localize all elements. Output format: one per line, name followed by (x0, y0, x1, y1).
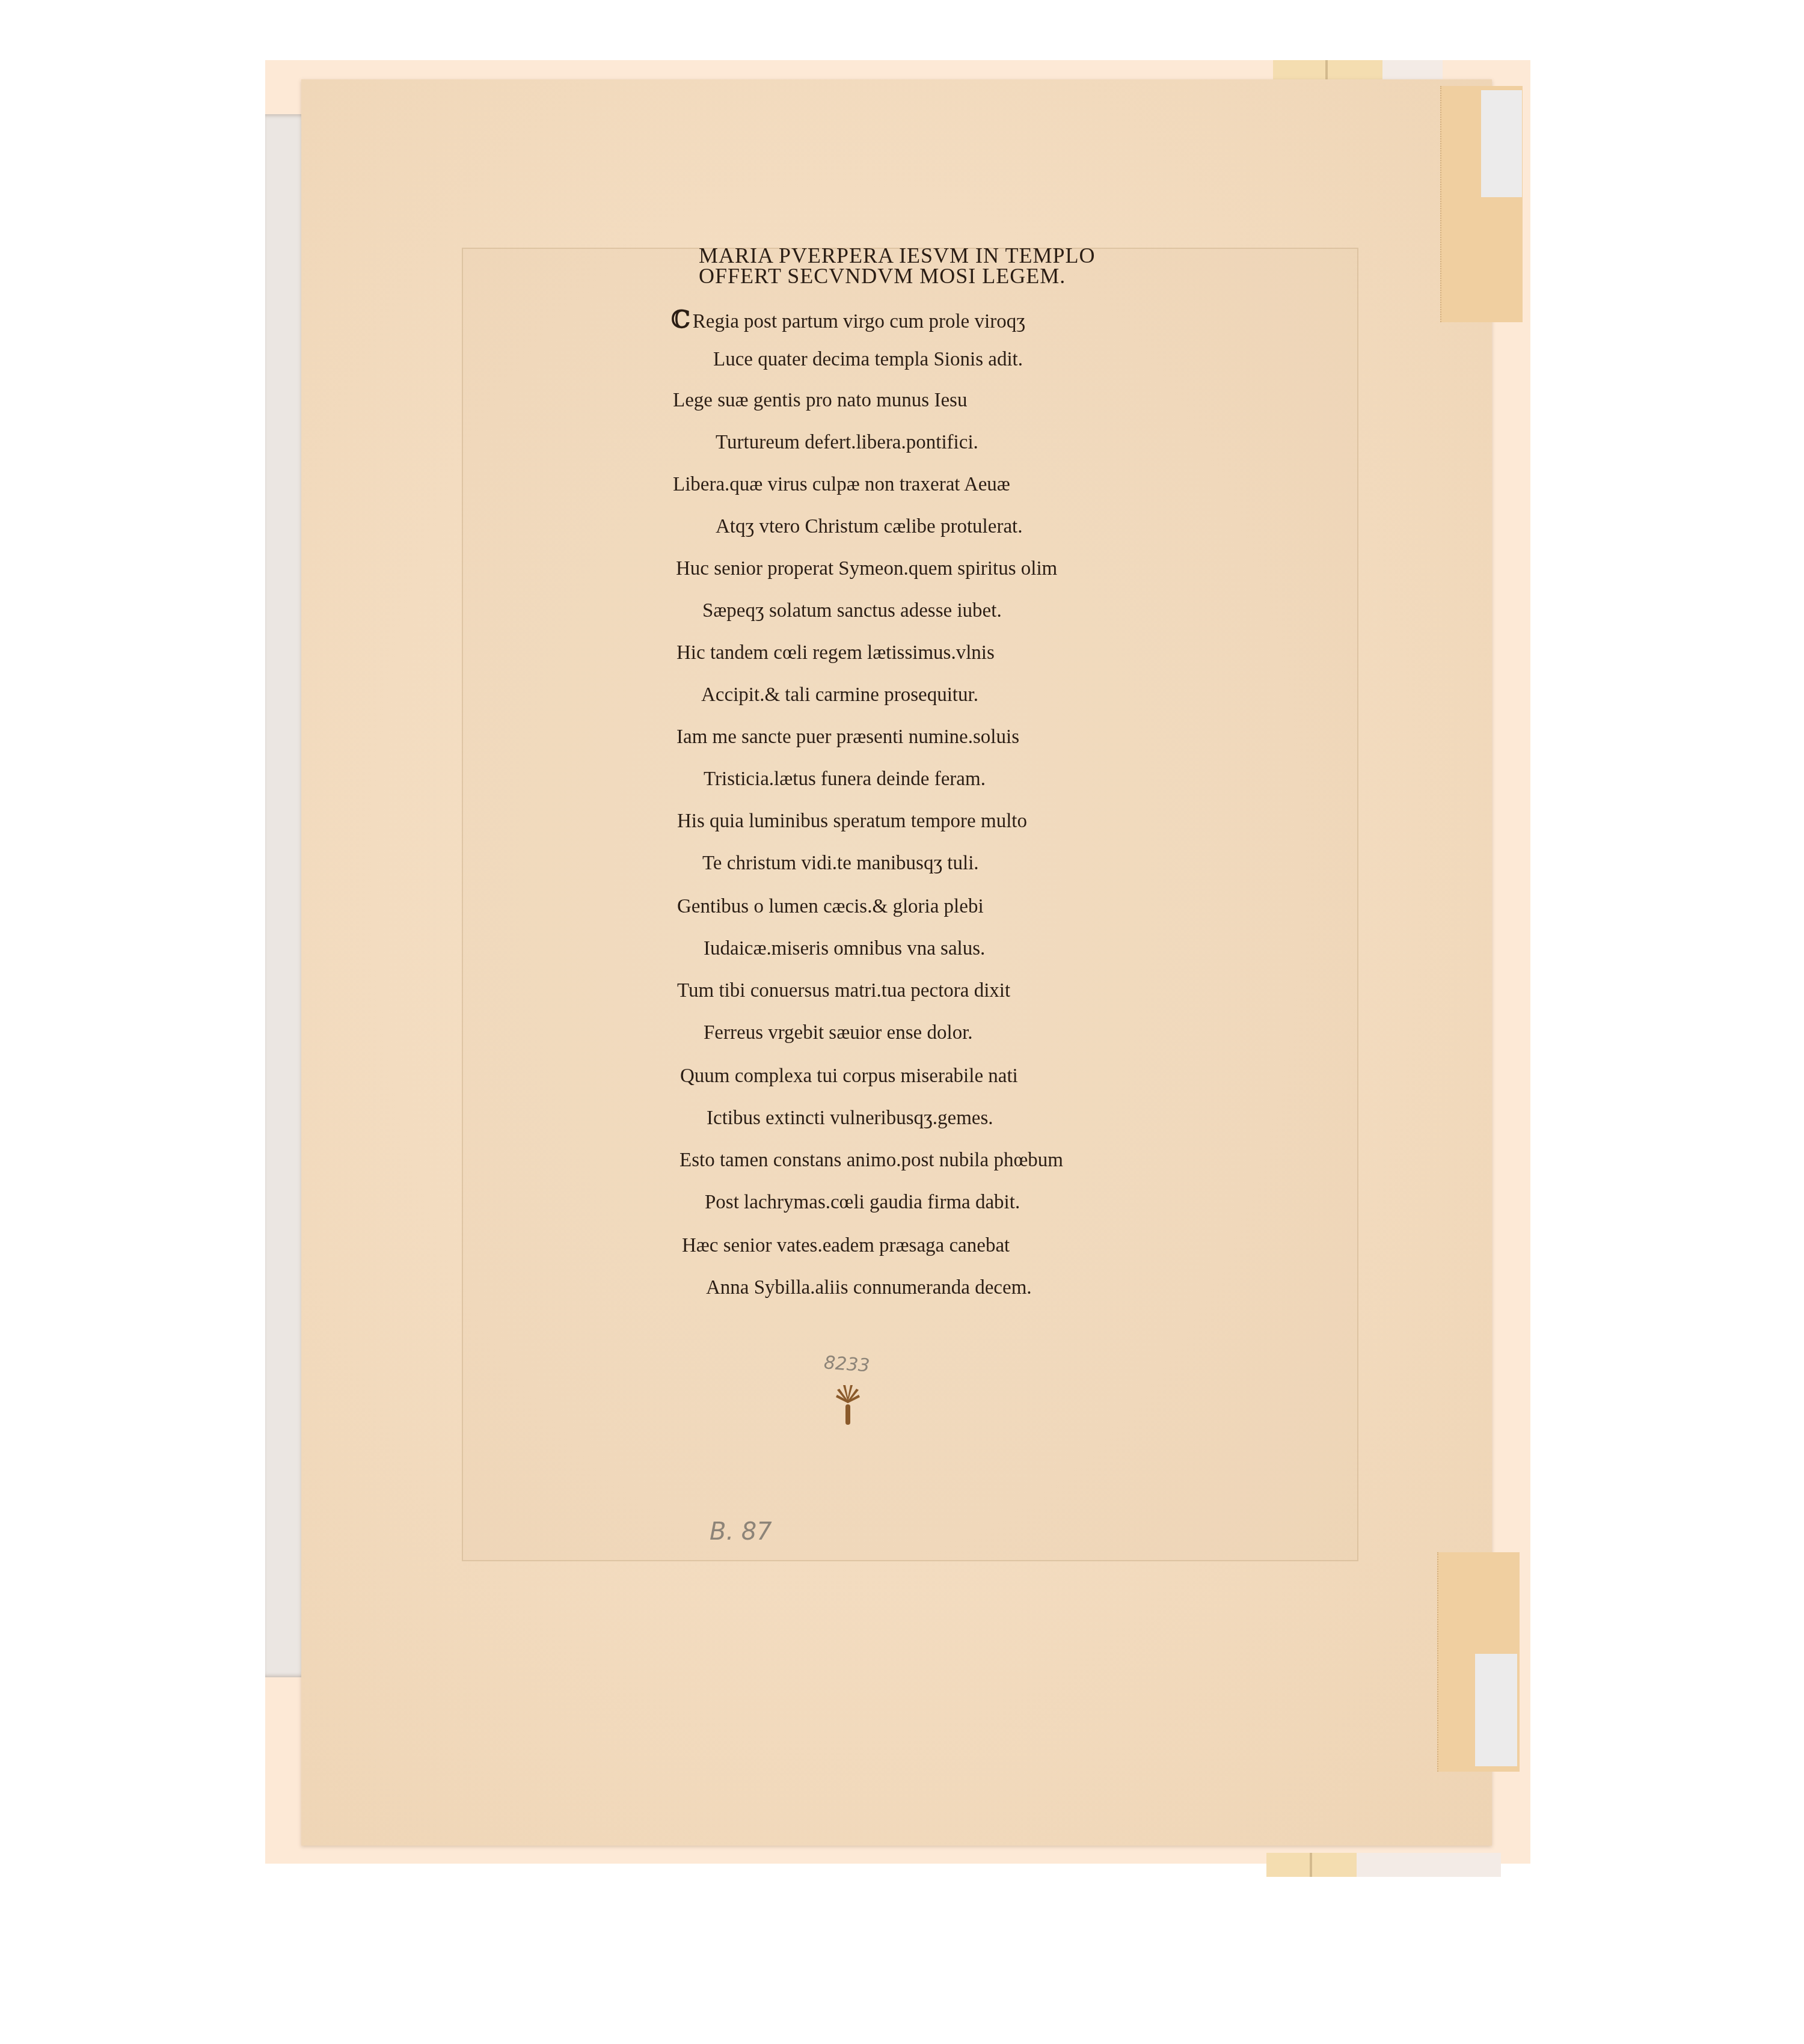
verse-line: Luce quater decima templa Sionis adit. (713, 349, 1023, 371)
verse-line: Lege suæ gentis pro nato munus Iesu (673, 390, 967, 412)
verse-line: Gentibus o lumen cæcis.& gloria plebi (677, 896, 984, 918)
verse-line: Hæc senior vates.eadem præsaga canebat (682, 1235, 1010, 1257)
verse-line: Iudaicæ.miseris omnibus vna salus. (704, 938, 985, 960)
verse-line: Atqʒ vtero Christum cælibe protulerat. (716, 516, 1022, 538)
poem-title: MARIA PVERPERA IESVM IN TEMPLO OFFERT SE… (699, 245, 1095, 286)
pencil-reference-note: B. 87 (710, 1518, 772, 1546)
verse-line: Iam me sancte puer præsenti numine.solui… (677, 726, 1019, 748)
verse-line: Tristicia.lætus funera deinde feram. (704, 768, 986, 791)
verse-line: Libera.quæ virus culpæ non traxerat Aeuæ (673, 474, 1010, 496)
verse-line: Sæpeqʒ solatum sanctus adesse iubet. (702, 600, 1002, 622)
mat-hinge-tab-bottom-grey (1357, 1853, 1501, 1877)
title-line-1: MARIA PVERPERA IESVM IN TEMPLO (699, 245, 1095, 266)
verse-line: Tum tibi conuersus matri.tua pectora dix… (677, 980, 1010, 1002)
verse-line: Anna Sybilla.aliis connumeranda decem. (706, 1277, 1032, 1299)
verse-line: Accipit.& tali carmine prosequitur. (701, 684, 978, 706)
verse-line: ℂRegia post partum virgo cum prole viroq… (671, 305, 1025, 334)
palm-tree-stamp-icon (835, 1384, 861, 1426)
mat-backing-strip (265, 114, 302, 1677)
verse-line: Ictibus extincti vulneribusqʒ.gemes. (707, 1107, 993, 1130)
paragraph-mark-icon: ℂ (671, 305, 690, 334)
verse-line: His quia luminibus speratum tempore mult… (677, 810, 1027, 833)
tape-strip-bottom-white (1475, 1654, 1517, 1766)
verse-line: Te christum vidi.te manibusqʒ tuli. (702, 852, 979, 875)
pencil-inventory-number: 8233 (823, 1352, 871, 1376)
verse-line: Ferreus vrgebit sæuior ense dolor. (704, 1022, 973, 1044)
tape-strip-top-white (1481, 90, 1522, 197)
verse-line: Quum complexa tui corpus miserabile nati (680, 1065, 1018, 1088)
verse-line: Hic tandem cœli regem lætissimus.vlnis (677, 642, 995, 664)
mat-hinge-tab-bottom (1266, 1853, 1357, 1877)
title-line-2: OFFERT SECVNDVM MOSI LEGEM. (699, 266, 1095, 286)
verse-line: Turtureum defert.libera.pontifici. (716, 432, 978, 454)
verse-line: Post lachrymas.cœli gaudia firma dabit. (705, 1192, 1020, 1214)
verse-line: Huc senior properat Symeon.quem spiritus… (676, 558, 1057, 580)
verse-line: Esto tamen constans animo.post nubila ph… (680, 1149, 1063, 1172)
